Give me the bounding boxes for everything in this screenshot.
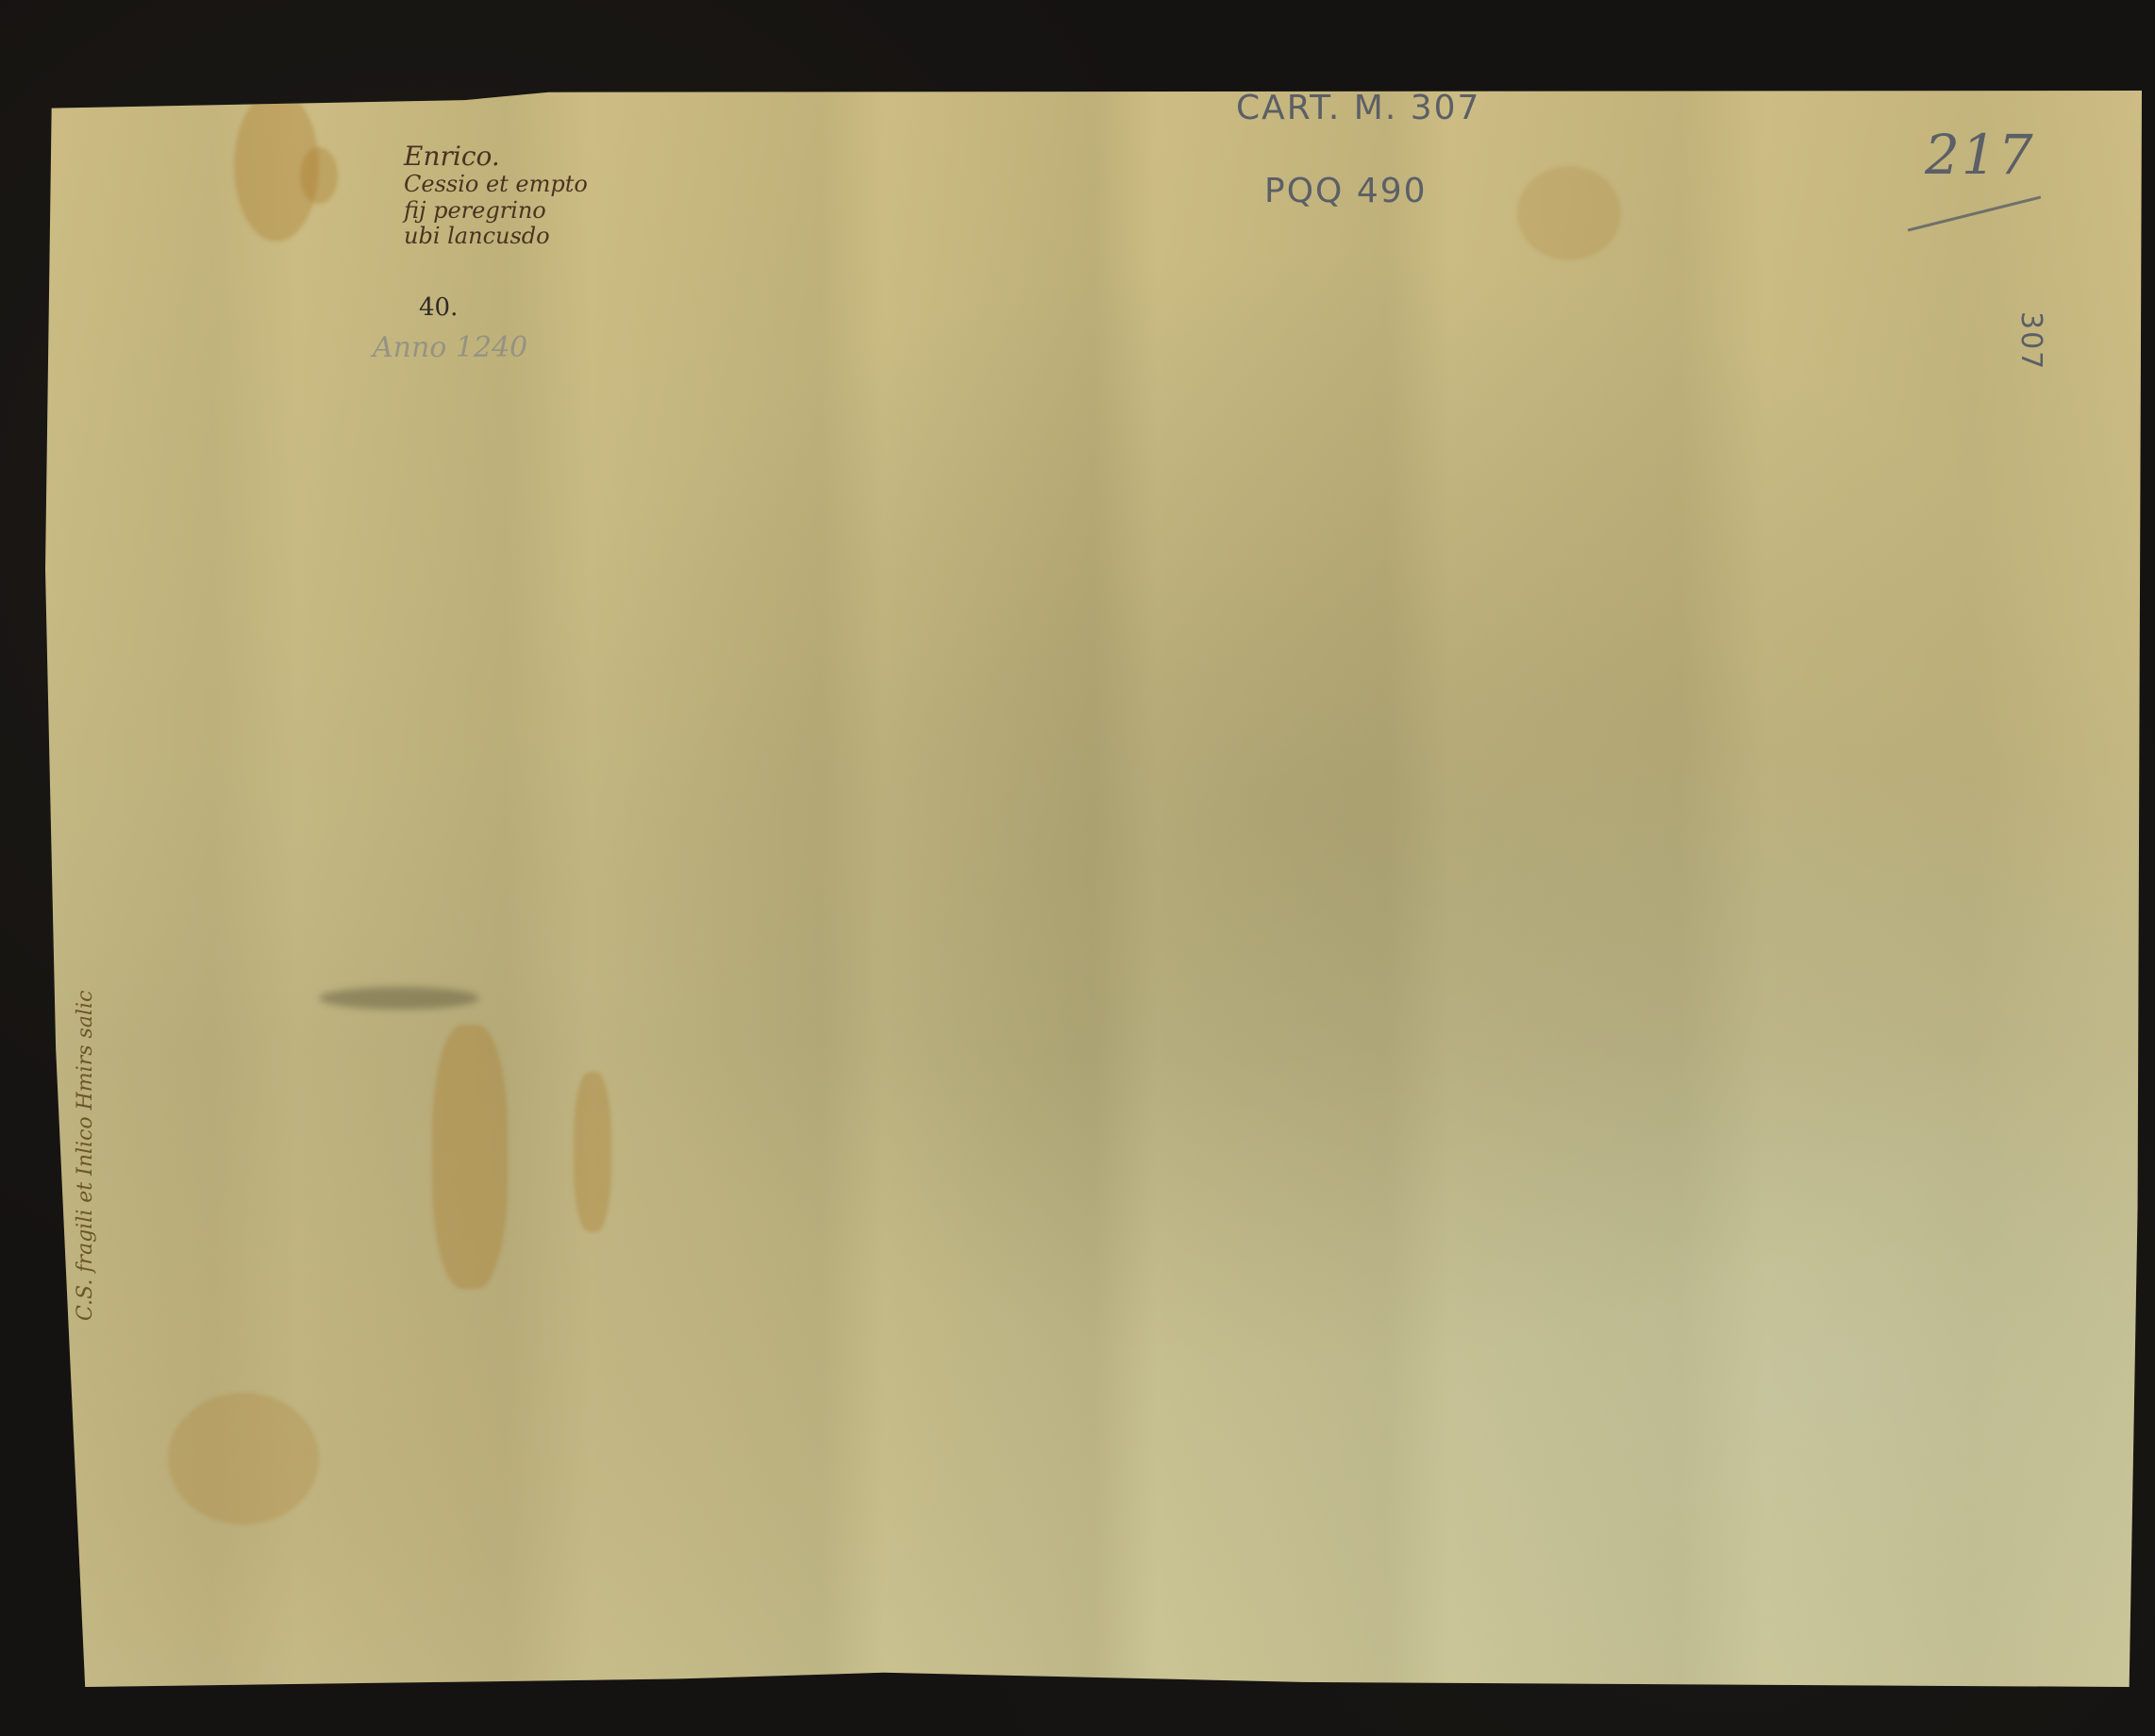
docket-line-1: Enrico. [404, 142, 588, 172]
folio-number: 217 [1925, 123, 2035, 187]
margin-number: 307 [2014, 311, 2047, 371]
vertical-margin-note: C.S. fragili et Inlico Hmirs salic [74, 991, 97, 1321]
docket-number: 40. [419, 294, 458, 323]
docket-line-4: ubi lancusdo [404, 224, 588, 250]
stain [1517, 166, 1621, 260]
stain [168, 1393, 319, 1525]
smudge [319, 987, 479, 1010]
docket-note: Enrico. Cessio et empto fij peregrino ub… [404, 142, 588, 250]
archive-ref-line-2: PQQ 490 [1264, 172, 1428, 210]
stain [300, 147, 338, 204]
docket-line-3: fij peregrino [404, 198, 588, 225]
archive-ref-line-1: CART. M. 307 [1236, 89, 1480, 127]
stain [432, 1025, 508, 1289]
docket-year: Anno 1240 [373, 332, 527, 365]
parchment-sheet [45, 91, 2142, 1687]
stain [574, 1072, 611, 1232]
docket-line-2: Cessio et empto [404, 172, 588, 198]
